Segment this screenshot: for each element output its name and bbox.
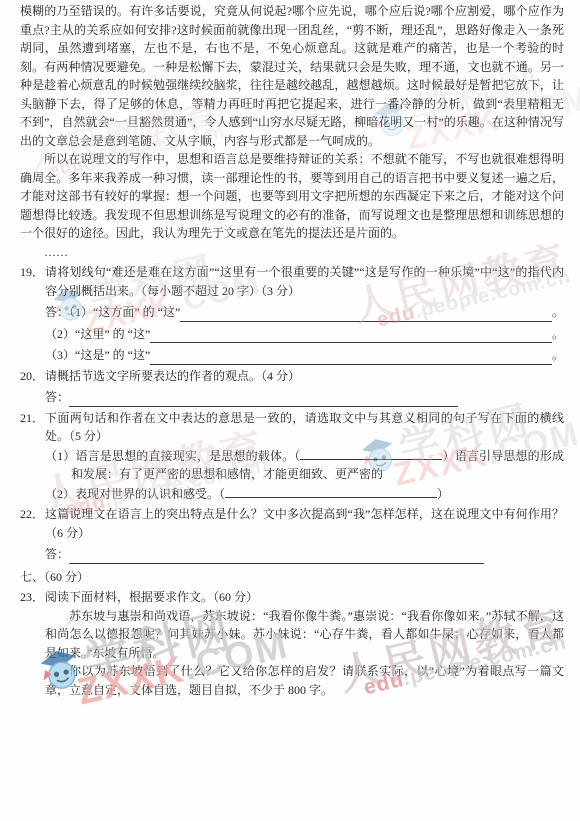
question-22-text: 这篇说理文在语言上的突出特点是什么？文中多次提高到“我”怎样怎样，这在说理文中有… <box>45 507 564 540</box>
question-20-text: 请概括节选文字所要表达的作者的观点。（4 分） <box>45 369 300 383</box>
answer-blank <box>69 392 458 407</box>
answer-blank <box>180 307 552 322</box>
question-21: 21． 下面两句话和作者在文中表达的意思是一致的，请选取文中与其意义相同的句子写… <box>20 409 564 504</box>
question-22-answer-line: 答： <box>45 545 564 564</box>
question-21-number: 21． <box>20 409 44 428</box>
answer-blank <box>300 448 442 460</box>
question-19-text: 请将划线句“难还是难在这方面”“这里有一个很重要的关键”“这是写作的一种乐境”中… <box>45 265 564 298</box>
answer-blank <box>150 350 552 365</box>
question-23-material-2: 你以为苏东坡悟到了什么？它又给你怎样的启发？请联系实际，以“心境”为着眼点写一篇… <box>45 662 564 699</box>
question-21-text: 下面两句话和作者在文中表达的意思是一致的，请选取文中与其意义相同的句子写在下面的… <box>45 411 564 444</box>
answer-blank <box>225 486 437 498</box>
answer-prefix: 答： <box>45 388 69 407</box>
question-19-answer-line-3: （3）“这是” 的 “这” 。 <box>45 346 564 365</box>
subitem-text-after: ） <box>437 487 449 501</box>
exam-paper-page: 学科网 ZXXK.COM 人民网教育 edu.people.com.cn 学科网… <box>0 0 580 821</box>
subitem-text-before: （1）语言是思想的直接现实，是思想的载体。（ <box>45 449 300 463</box>
question-19: 19． 请将划线句“难还是难在这方面”“这里有一个很重要的关键”“这是写作的一种… <box>20 263 564 365</box>
answer-blank <box>69 549 484 564</box>
passage-paragraph-1: 模糊的乃至错误的。有许多话要说，究竟从何说起?哪个应先说，哪个应后说?哪个应割爱… <box>20 2 564 150</box>
question-22: 22． 这篇说理文在语言上的突出特点是什么？文中多次提高到“我”怎样怎样，这在说… <box>20 505 564 564</box>
answer-prefix: （2）“这里” 的 “这” <box>45 325 150 344</box>
exam-content: 模糊的乃至错误的。有许多话要说，究竟从何说起?哪个应先说，哪个应后说?哪个应割爱… <box>20 2 564 699</box>
answer-suffix: 。 <box>552 325 564 344</box>
answer-blank <box>150 328 552 343</box>
answer-prefix: 答： <box>45 545 69 564</box>
question-21-subitem-2: （2）表现对世界的认识和感受。（） <box>45 485 564 504</box>
question-23-material-1: 苏东坡与惠崇和尚戏语，苏东坡说：“我看你像牛粪。”惠崇说：“我看你像如来。”苏轼… <box>45 607 564 663</box>
question-20-answer-line: 答： <box>45 388 564 407</box>
question-21-subitem-1: （1）语言是思想的直接现实，是思想的载体。（）语言引导思想的形成和发展：有了更严… <box>45 447 564 484</box>
passage-paragraph-2: 所以在说理文的写作中，思想和语言总是要维持辩证的关系：不想就不能写，不写也就很难… <box>20 150 564 243</box>
answer-suffix: 。 <box>552 346 564 365</box>
question-23-number: 23． <box>20 588 44 607</box>
answer-prefix: 答：（1）“这方面” 的 “这” <box>45 303 180 322</box>
section-7-heading: 七、（60 分） <box>20 568 564 587</box>
question-23-text: 阅读下面材料，根据要求作文。（60 分） <box>45 590 258 604</box>
answer-prefix: （3）“这是” 的 “这” <box>45 346 150 365</box>
question-22-number: 22． <box>20 505 44 524</box>
question-20-number: 20． <box>20 367 44 386</box>
passage-ellipsis: …… <box>20 243 564 262</box>
question-19-answer-line-1: 答：（1）“这方面” 的 “这” 。 <box>45 303 564 322</box>
question-19-answer-line-2: （2）“这里” 的 “这” 。 <box>45 325 564 344</box>
answer-suffix: 。 <box>552 303 564 322</box>
question-23: 23． 阅读下面材料，根据要求作文。（60 分） 苏东坡与惠崇和尚戏语，苏东坡说… <box>20 588 564 699</box>
question-20: 20． 请概括节选文字所要表达的作者的观点。（4 分） 答： <box>20 367 564 407</box>
question-19-number: 19． <box>20 263 44 282</box>
subitem-text-before: （2）表现对世界的认识和感受。（ <box>45 487 225 501</box>
